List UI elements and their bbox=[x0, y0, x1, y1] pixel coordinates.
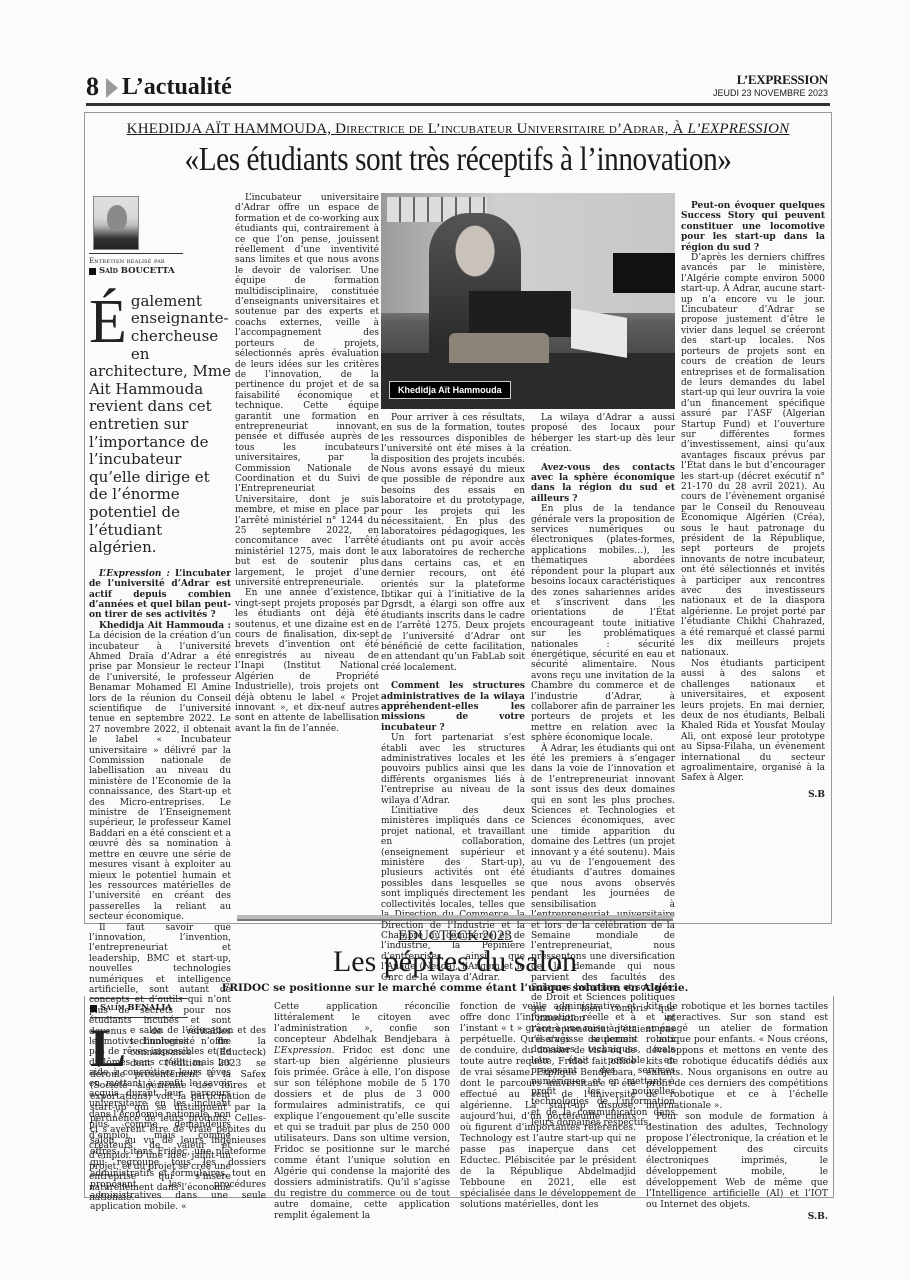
article2-paragraph: kits de robotique et les bornes tactiles… bbox=[646, 1002, 828, 1112]
answer-1-p3: L’incubateur universitaire d’Adrar offre… bbox=[235, 193, 379, 588]
photo-caption: Khedidja Aït Hammouda bbox=[389, 381, 511, 399]
photo-book bbox=[571, 308, 627, 358]
answer-1-p4: En une année d’existence, vingt-sept pro… bbox=[235, 588, 379, 734]
answer-1-p5: Pour arriver à ces résultats, en sus de … bbox=[381, 413, 525, 673]
article2-column-4: kits de robotique et les bornes tactiles… bbox=[646, 1002, 828, 1222]
article2-headline: Les pépites du salon bbox=[0, 944, 910, 980]
square-bullet-icon bbox=[90, 1005, 97, 1012]
photo-laptop bbox=[469, 291, 571, 337]
interview-article: KHEDIDJA AÏT HAMMOUDA, Directrice de L’i… bbox=[84, 112, 832, 924]
article2-paragraph: Cette application réconcilie littéraleme… bbox=[274, 1002, 450, 1222]
article-bottom-rule bbox=[237, 915, 673, 921]
answer-3-p1: En plus de la tendance générale vers la … bbox=[531, 504, 675, 743]
arrow-right-icon bbox=[106, 78, 118, 98]
answer-4-p2: Nos étudiants participent aussi à des sa… bbox=[681, 659, 825, 784]
answer-2-p3: La wilaya d’Adrar a aussi proposé des lo… bbox=[531, 413, 675, 455]
drop-cap: É bbox=[89, 297, 127, 347]
answer-1: Khedidja Ait Hammouda : La décision de l… bbox=[89, 621, 231, 923]
page-number: 8 bbox=[86, 74, 99, 100]
article2-column-1: Le salon de l’éducation et des technolog… bbox=[90, 1026, 266, 1213]
newspaper-page: 8 L’actualité L’EXPRESSION JEUDI 23 NOVE… bbox=[0, 0, 910, 1280]
kicker-name: KHEDIDJA AÏT HAMMOUDA, bbox=[127, 121, 332, 137]
interview-photo: Khedidja Aït Hammouda bbox=[381, 193, 675, 409]
article2-subheadline: FRIDOC se positionne sur le marché comme… bbox=[0, 982, 910, 994]
section-title: L’actualité bbox=[122, 74, 232, 100]
kicker-paper: L’EXPRESSION bbox=[687, 121, 789, 137]
page-header: 8 L’actualité L’EXPRESSION JEUDI 23 NOVE… bbox=[86, 72, 828, 102]
article2-column-3: fonction de veille administrative et off… bbox=[460, 1002, 636, 1211]
answer-2-p1: Un fort partenariat s’est établi avec le… bbox=[381, 733, 525, 806]
kicker-role: Directrice de L’incubateur Universitaire… bbox=[331, 121, 687, 137]
question-3: Avez-vous des contacts avec la sphère éc… bbox=[531, 463, 675, 505]
article-signature: S.B bbox=[681, 790, 825, 800]
article2-column-2: Cette application réconcilie littéraleme… bbox=[274, 1002, 450, 1222]
header-divider bbox=[86, 103, 830, 106]
square-bullet-icon bbox=[89, 268, 96, 275]
article2-kicker: EDUCTECK 2023 bbox=[0, 928, 910, 945]
byline-label: Entretien réalisé par bbox=[89, 256, 231, 266]
photo-monitor bbox=[613, 253, 675, 293]
answer-4-p1: D’après les derniers chiffres avancés pa… bbox=[681, 253, 825, 659]
article2-paragraph: fonction de veille administrative et off… bbox=[460, 1002, 636, 1211]
byline-author: Saïd BOUCETTA bbox=[89, 266, 231, 276]
drop-cap: L bbox=[90, 1028, 126, 1068]
issue-date: JEUDI 23 NOVEMBRE 2023 bbox=[713, 88, 828, 98]
article-column-2: L’incubateur universitaire d’Adrar offre… bbox=[235, 193, 379, 734]
author-photo bbox=[93, 196, 139, 250]
article2-signature: S.B. bbox=[646, 1211, 828, 1222]
article-column-5: Peut-on évoquer quelques Success Story q… bbox=[681, 193, 825, 800]
article-column-3: Pour arriver à ces résultats, en sus de … bbox=[381, 413, 525, 983]
byline-author: Salim BENALIA bbox=[90, 999, 188, 1017]
article-lead: Également enseignante-chercheuse en arch… bbox=[89, 293, 231, 557]
byline-divider bbox=[89, 253, 183, 254]
article2-byline: Salim BENALIA bbox=[90, 998, 188, 1018]
question-1: L’Expression : L’incubater de l’universi… bbox=[89, 569, 231, 621]
article-kicker: KHEDIDJA AÏT HAMMOUDA, Directrice de L’i… bbox=[85, 121, 831, 138]
photo-nameplate bbox=[449, 333, 549, 363]
article2-paragraph: Le salon de l’éducation et des technolog… bbox=[90, 1026, 266, 1213]
question-2: Comment les structures administratives d… bbox=[381, 681, 525, 733]
question-4: Peut-on évoquer quelques Success Story q… bbox=[681, 201, 825, 253]
newspaper-logo: L’EXPRESSION bbox=[737, 72, 828, 88]
article-headline: «Les étudiants sont très réceptifs à l’i… bbox=[137, 141, 779, 179]
article2-paragraph: Pour son module de formation à destinati… bbox=[646, 1112, 828, 1211]
